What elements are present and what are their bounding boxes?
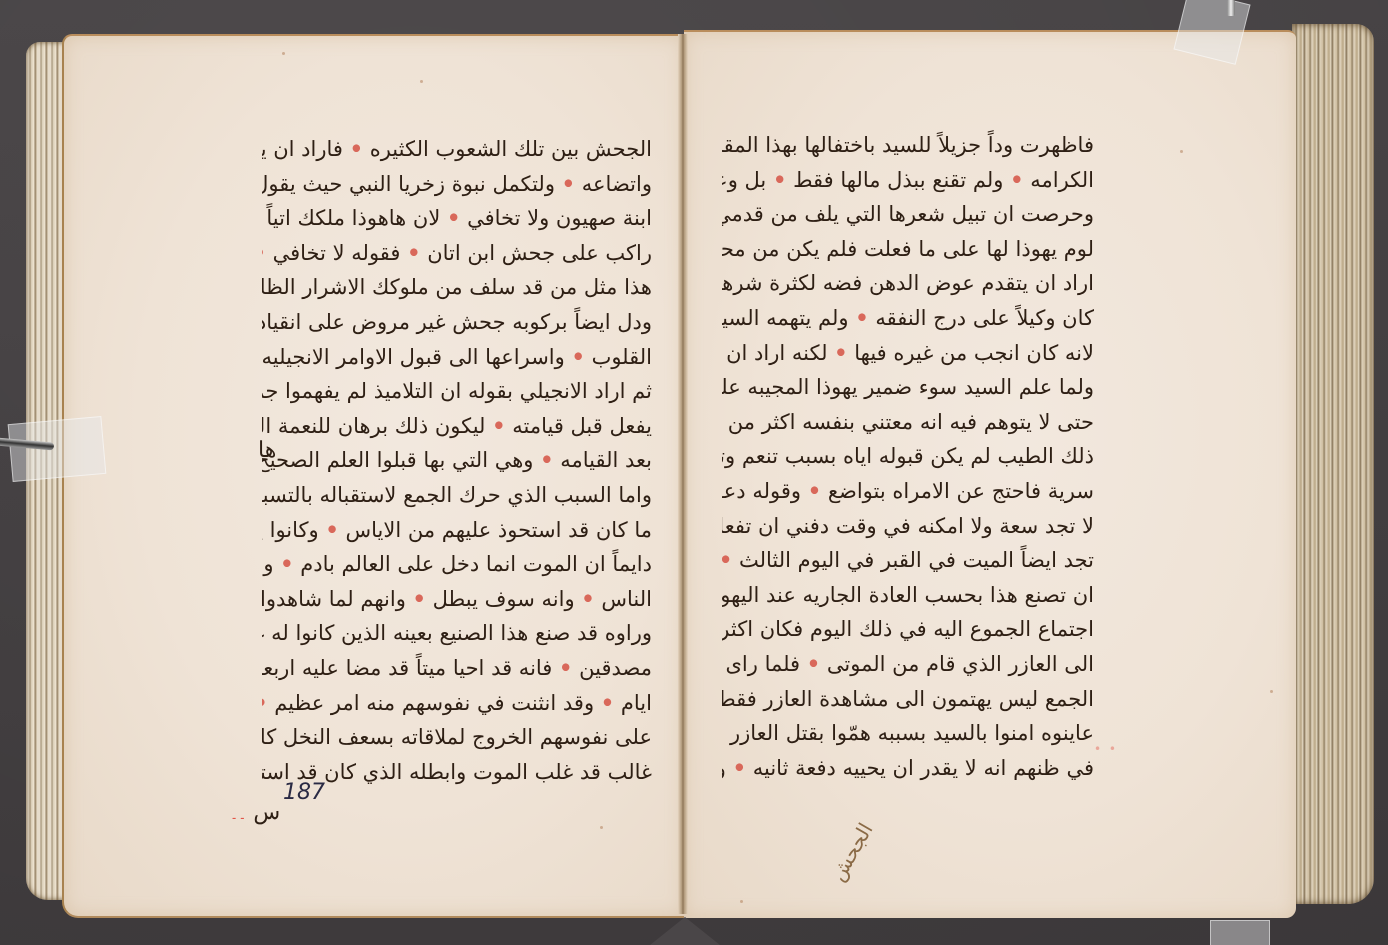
right-page-edges [1292,24,1374,904]
text-line: ولما علم السيد سوء ضمير يهوذا المجيبه عل… [722,370,1094,405]
rubrication-dot: • [562,171,575,196]
rubrication-dot: • [571,344,584,369]
right-page-text: فاظهرت وداً جزيلاً للسيد باختفالها بهذا … [722,128,1094,785]
rubrication-dot: • [540,447,553,472]
rubrication-dot: • [733,755,746,780]
rubrication-dot: • [325,517,338,542]
text-line: ان تصنع هذا بحسب العادة الجاريه عند اليه… [722,578,1094,613]
rubrication-dot: • [1010,167,1023,192]
paper-speck [1180,150,1183,153]
folio-number: 187 [283,780,325,805]
catchword-red-marks: ۔۔ [230,807,246,823]
text-line: لانه كان انجب من غيره فيها • لكنه اراد ا… [722,336,1094,371]
text-line: ما كان قد استحوذ عليهم من الاياس • وكانو… [262,513,652,548]
left-page-text: الجحش بين تلك الشعوب الكثيره • فاراد ان … [262,132,652,789]
text-line: في ظنهم انه لا يقدر ان يحييه دفعة ثانيه … [722,751,1094,786]
text-line: فاظهرت وداً جزيلاً للسيد باختفالها بهذا … [722,128,1094,163]
text-line: واتضاعه • ولتكمل نبوة زخريا النبي حيث يق… [262,167,652,202]
conservation-tape-bottom [1210,920,1270,945]
text-line: على نفوسهم الخروج لملاقاته بسعف النخل كا… [262,720,652,755]
text-line: الناس • وانه سوف يبطل • وانهم لما شاهدوا… [262,582,652,617]
clip-pin-icon [1227,0,1235,16]
text-line: لوم يهوذا لها على ما فعلت فلم يكن من محب… [722,232,1094,267]
text-line: الجحش بين تلك الشعوب الكثيره • فاراد ان … [262,132,652,167]
text-line: ايام • وقد انثنت في نفوسهم منه امر عظيم … [262,686,652,721]
rubrication-dot: • [447,205,460,230]
rubrication-dot: • [262,690,268,715]
paper-speck [420,80,423,83]
text-line: ذلك الطيب لم يكن قبوله اياه بسبب تنعم وت… [722,439,1094,474]
book-gutter [678,34,688,914]
rubrication-dot: • [492,413,505,438]
rubrication-dot: • [722,547,732,572]
rubrication-dot: • [262,240,266,265]
text-line: تجد ايضاً الميت في القبر في اليوم الثالث… [722,543,1094,578]
rubrication-dot: • [808,478,821,503]
paper-speck [282,52,285,55]
rubrication-dot: • [601,690,614,715]
text-line: يفعل قبل قيامته • ليكون ذلك برهان للنعمة… [262,409,652,444]
paper-speck [1270,690,1273,693]
paper-speck [740,900,743,903]
text-line: ابنة صهيون ولا تخافي • لان هاهوذا ملكك ا… [262,201,652,236]
text-line: سرية فاحتج عن الامراه بتواضع • وقوله دعو… [722,474,1094,509]
rubrication-dot: • [280,551,293,576]
text-line: راكب على جحش ابن اتان • فقوله لا تخافي •… [262,236,652,271]
text-line: كان وكيلاً على درج النفقه • ولم يتهمه ال… [722,301,1094,336]
paper-speck [600,826,603,829]
rubrication-dot: • [413,586,426,611]
text-line: مصدقين • فانه قد احيا ميتاً قد مضا عليه … [262,651,652,686]
rubrication-dot: • [722,720,723,745]
text-line: الكرامه • ولم تقنع ببذل مالها فقط • بل و… [722,163,1094,198]
catchword-marker: س ۔۔ [230,800,280,825]
rubrication-dot: • [407,240,420,265]
margin-red-marks: • • [1094,742,1118,756]
rubrication-dot: • [807,651,820,676]
text-line: هذا مثل من قد سلف من ملوكك الاشرار الظال… [262,270,652,305]
text-line: ودل ايضاً بركوبه جحش غير مروض على انقياد… [262,305,652,340]
text-line: الى العازر الذي قام من الموتى • فلما راى… [722,647,1094,682]
rubrication-dot: • [834,340,847,365]
rubrication-dot: • [581,586,594,611]
text-line: واما السبب الذي حرك الجمع لاستقباله بالت… [262,478,652,513]
text-line: وحرصت ان تبيل شعرها التي يلف من قدمي الر… [722,197,1094,232]
text-line: القلوب • واسراعها الى قبول الاوامر الانج… [262,340,652,375]
text-line: بعد القيامه • وهي التي بها قبلوا العلم ا… [262,443,652,478]
rubrication-dot: • [855,305,868,330]
text-line: اجتماع الجموع اليه في ذلك اليوم فكان اكث… [722,612,1094,647]
catchword-text: س [253,800,280,825]
text-line: دايماً ان الموت انما دخل على العالم بادم… [262,547,652,582]
text-line: اراد ان يتقدم عوض الدهن فضه لكثرة شرهه •… [722,266,1094,301]
text-line: وراوه قد صنع هذا الصنيع بعينه الذين كانو… [262,616,652,651]
rubrication-dot: • [773,167,786,192]
rubrication-dot: • [350,136,363,161]
text-line: ثم اراد الانجيلي بقوله ان التلاميذ لم يف… [262,374,652,409]
text-line: الجمع ليس يهتمون الى مشاهدة العازر فقط •… [722,682,1094,717]
text-line: لا تجد سعة ولا امكنه في وقت دفني ان تفعل… [722,509,1094,544]
text-line: حتى لا يتوهم فيه انه معتني بنفسه اكثر من… [722,405,1094,440]
conservation-tape-left [8,416,107,482]
rubrication-dot: • [559,655,572,680]
margin-note: ها [258,438,276,463]
text-line: عاينوه امنوا بالسيد بسببه همّوا بقتل الع… [722,716,1094,751]
